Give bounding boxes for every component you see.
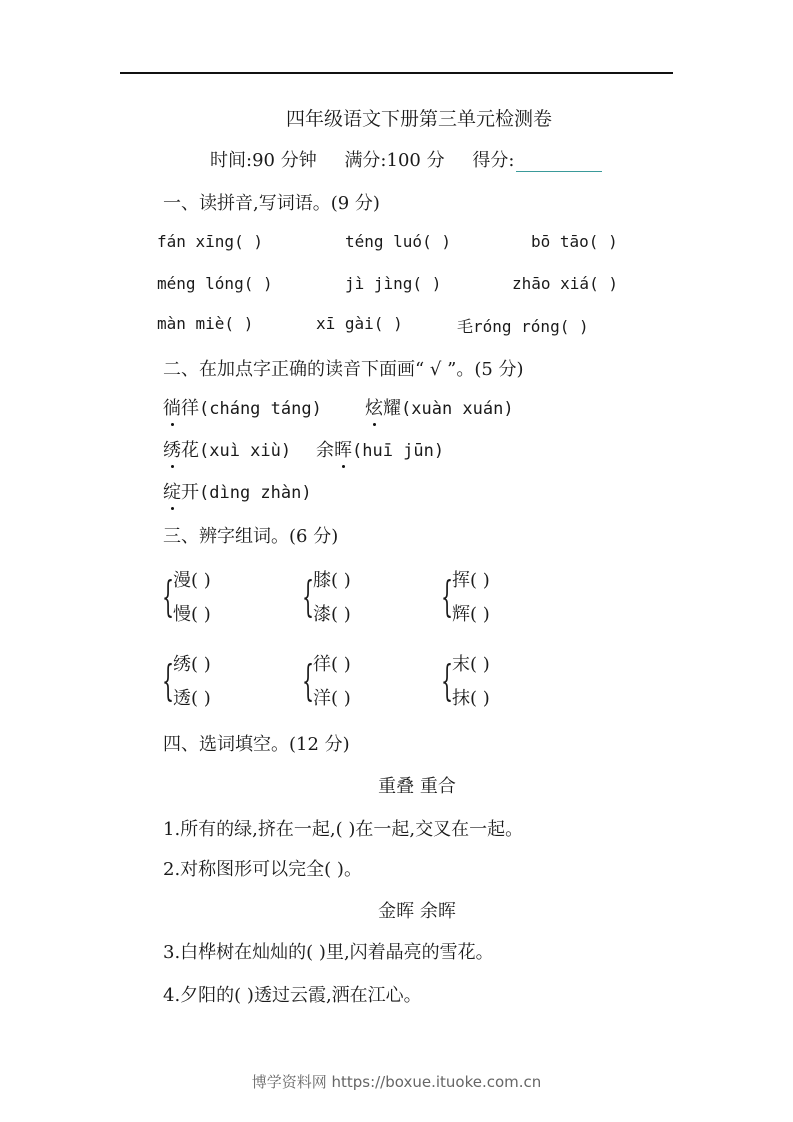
pinyin-item: bō tāo( ) xyxy=(531,232,618,251)
dotted-char: 绽 xyxy=(163,478,181,504)
score-blank[interactable] xyxy=(516,153,602,172)
pinyin-item: jì jìng( ) xyxy=(345,274,441,293)
section3-heading: 三、辨字组词。(6 分) xyxy=(163,522,338,548)
pinyin-item: téng luó( ) xyxy=(345,232,451,251)
dotted-char: 炫 xyxy=(365,394,383,420)
dotted-char: 晖 xyxy=(334,436,352,462)
fill-sentence[interactable]: 1.所有的绿,挤在一起,( )在一起,交叉在一起。 xyxy=(163,815,523,841)
reading-item: 绣花(xuì xiù) xyxy=(163,436,291,462)
score-label: 得分: xyxy=(472,150,514,171)
page-title: 四年级语文下册第三单元检测卷 xyxy=(0,104,793,131)
dotted-char: 徜 xyxy=(163,394,181,420)
reading-item: 徜徉(cháng táng) xyxy=(163,394,322,420)
pinyin-item: fán xīng( ) xyxy=(157,232,263,251)
pinyin-options[interactable]: (dìng zhàn) xyxy=(199,483,312,503)
fill-sentence[interactable]: 3.白桦树在灿灿的( )里,闪着晶亮的雪花。 xyxy=(163,938,494,964)
pinyin-item: zhāo xiá( ) xyxy=(512,274,618,293)
word-bank: 重叠 重合 xyxy=(0,772,793,798)
pinyin-options[interactable]: (xuàn xuán) xyxy=(401,399,514,419)
pinyin-item: 毛róng róng( ) xyxy=(457,314,589,337)
section4-heading: 四、选词填空。(12 分) xyxy=(163,730,350,756)
pinyin-options[interactable]: (huī jūn) xyxy=(352,441,444,461)
full-score: 满分:100 分 xyxy=(344,150,444,171)
exam-meta: 时间:90 分钟 满分:100 分 得分: xyxy=(210,146,624,172)
pinyin-options[interactable]: (cháng táng) xyxy=(199,399,322,419)
reading-item: 炫耀(xuàn xuán) xyxy=(365,394,514,420)
section1-heading: 一、读拼音,写词语。(9 分) xyxy=(163,189,380,215)
time-limit: 时间:90 分钟 xyxy=(210,150,317,171)
word-bank: 金晖 余晖 xyxy=(0,897,793,923)
fill-sentence[interactable]: 2.对称图形可以完全( )。 xyxy=(163,855,362,881)
reading-item: 绽开(dìng zhàn) xyxy=(163,478,312,504)
reading-item: 余晖(huī jūn) xyxy=(316,436,444,462)
dotted-char: 绣 xyxy=(163,436,181,462)
footer-watermark: 博学资料网 https://boxue.ituoke.com.cn xyxy=(0,1071,793,1092)
pinyin-item: xī gài( ) xyxy=(316,314,403,333)
section2-heading: 二、在加点字正确的读音下面画“ √ ”。(5 分) xyxy=(163,355,524,381)
fill-sentence[interactable]: 4.夕阳的( )透过云霞,洒在江心。 xyxy=(163,981,422,1007)
pinyin-options[interactable]: (xuì xiù) xyxy=(199,441,291,461)
pinyin-item: màn miè( ) xyxy=(157,314,253,333)
header-rule xyxy=(120,72,673,74)
pinyin-item: méng lóng( ) xyxy=(157,274,273,293)
